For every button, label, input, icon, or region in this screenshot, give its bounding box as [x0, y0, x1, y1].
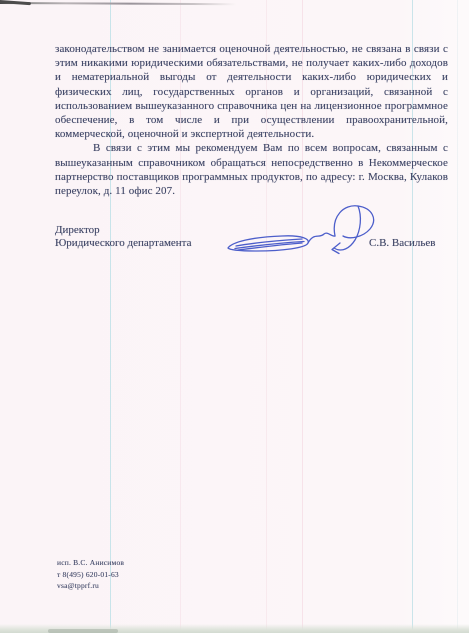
- signature-title-line2: Юридического департамента: [55, 237, 192, 250]
- signature-title-line1: Директор: [55, 224, 100, 237]
- letter-body: законодательством не занимается оценочно…: [55, 42, 448, 198]
- scan-artifact-bottom-spot: [48, 629, 118, 633]
- signer-name: С.В. Васильев: [369, 237, 436, 249]
- paragraph-continuation: законодательством не занимается оценочно…: [55, 42, 448, 141]
- paragraph-recommendation: В связи с этим мы рекомендуем Вам по все…: [55, 141, 448, 198]
- scan-artifact-corner-mark: [0, 0, 31, 5]
- footer-contact-block: исп. В.С. Анисимов т 8(495) 620-01-63 vs…: [57, 557, 124, 592]
- handwritten-signature: [222, 202, 387, 267]
- footer-phone: т 8(495) 620-01-63: [57, 569, 124, 581]
- scanned-letter-page: законодательством не занимается оценочно…: [0, 0, 469, 633]
- scan-artifact-top-edge: [0, 2, 236, 5]
- footer-email: vsa@tpprf.ru: [57, 580, 124, 592]
- scan-streak-light-right: [457, 0, 458, 633]
- footer-executor: исп. В.С. Анисимов: [57, 557, 124, 569]
